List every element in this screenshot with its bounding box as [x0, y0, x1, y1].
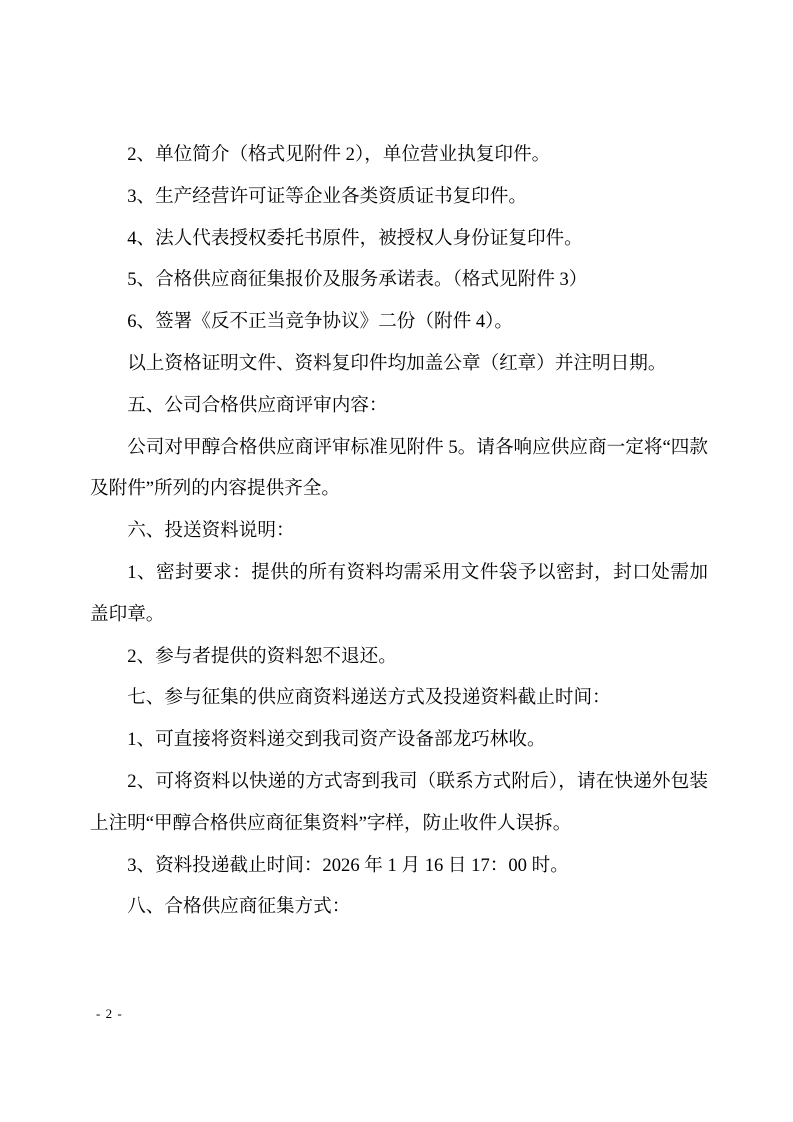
list-item-6-anti-competition-agreement: 6、签署《反不正当竞争协议》二份（附件 4）。 — [90, 301, 708, 343]
list-item-5-quotation-commitment-form: 5、合格供应商征集报价及服务承诺表。（格式见附件 3） — [90, 259, 708, 301]
list-item-courier-delivery: 2、可将资料以快递的方式寄到我司（联系方式附后），请在快递外包装上注明“甲醇合格… — [90, 761, 708, 845]
heading-section-8-solicitation-method: 八、合格供应商征集方式： — [90, 886, 708, 928]
list-item-2-company-profile: 2、单位简介（格式见附件 2），单位营业执复印件。 — [90, 134, 708, 176]
list-item-4-authorization-letter: 4、法人代表授权委托书原件，被授权人身份证复印件。 — [90, 218, 708, 260]
document-page: 2、单位简介（格式见附件 2），单位营业执复印件。 3、生产经营许可证等企业各类… — [0, 0, 793, 1122]
heading-section-5-review-content: 五、公司合格供应商评审内容： — [90, 385, 708, 427]
list-item-submission-deadline: 3、资料投递截止时间：2026 年 1 月 16 日 17：00 时。 — [90, 845, 708, 887]
list-item-no-return: 2、参与者提供的资料恕不退还。 — [90, 636, 708, 678]
page-number: - 2 - — [96, 1006, 123, 1022]
document-body: 2、单位简介（格式见附件 2），单位营业执复印件。 3、生产经营许可证等企业各类… — [90, 134, 708, 928]
para-review-criteria: 公司对甲醇合格供应商评审标准见附件 5。请各响应供应商一定将“四款及附件”所列的… — [90, 427, 708, 511]
list-item-seal-requirement: 1、密封要求：提供的所有资料均需采用文件袋予以密封，封口处需加盖印章。 — [90, 552, 708, 636]
list-item-3-license-copies: 3、生产经营许可证等企业各类资质证书复印件。 — [90, 176, 708, 218]
note-stamp-requirement: 以上资格证明文件、资料复印件均加盖公章（红章）并注明日期。 — [90, 343, 708, 385]
heading-section-7-delivery-deadline: 七、参与征集的供应商资料递送方式及投递资料截止时间： — [90, 677, 708, 719]
list-item-direct-delivery: 1、可直接将资料递交到我司资产设备部龙巧林收。 — [90, 719, 708, 761]
heading-section-6-submission-notes: 六、投送资料说明： — [90, 510, 708, 552]
